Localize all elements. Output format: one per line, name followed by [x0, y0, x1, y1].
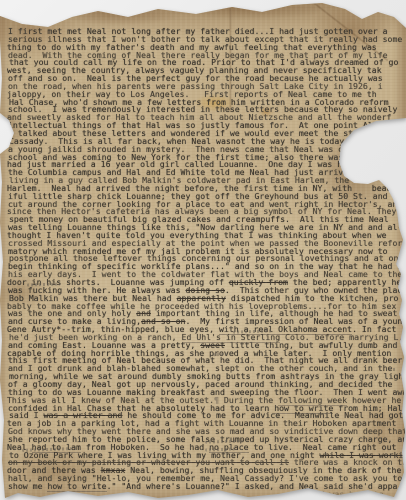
text-segment: important thing in life, although he had… [151, 308, 397, 318]
text-segment: and sweetly asked for Hal to teach him a… [7, 112, 392, 122]
text-line: was the one and only holy and important … [8, 310, 406, 318]
text-segment: and I got drunk and blah-blahed somewhat… [8, 363, 393, 373]
text-line: dead. With the coming of Neal there real… [8, 52, 406, 60]
text-segment: there was a knock on the [289, 457, 406, 467]
struck-out-text: and [136, 308, 151, 318]
text-segment: jaloppy, on their way to Los Angeles. Fi… [7, 89, 377, 99]
text-line: and sweetly asked for Hal to teach him a… [7, 114, 406, 122]
text-segment: serious illness that I won't bother to t… [8, 34, 402, 44]
text-line: This was all I knew of Neal at the outse… [7, 397, 406, 405]
text-segment: however he [347, 395, 401, 405]
pencil-underlined-text: following week [278, 395, 347, 406]
text-line: and I got drunk and blah-blahed somewhat… [8, 365, 406, 373]
text-line: he'd just been working on a ranch, Ed Uh… [9, 334, 406, 342]
text-segment: was the one and only holy [8, 308, 136, 318]
text-segment: Colo. before marrying L. [280, 332, 403, 342]
text-segment: This was all I knew of Neal at the outse… [7, 395, 214, 405]
text-segment: since then Hector's cafeteria has always… [7, 206, 396, 216]
text-line: crossed Missouri and especially at the p… [8, 240, 406, 248]
text-segment: hall, and saying "Hel-lo, you remember m… [8, 473, 402, 483]
text-segment: postpone all those leftover things conce… [9, 253, 406, 263]
text-line: God knows why they went there and she wa… [8, 428, 406, 436]
text-segment: he'd just been working on a ranch, [9, 332, 182, 342]
text-segment: crossed Missouri and especially at the p… [8, 238, 406, 248]
text-segment: his early days. I went to the coldwater … [8, 269, 402, 279]
pencil-mark: ¶ [214, 395, 219, 405]
scan-background: I first met met Neal not long after my f… [0, 0, 406, 500]
text-segment: During the [219, 395, 278, 405]
text-line: his early days. I went to the coldwater … [8, 271, 406, 279]
text-line: and was back to [9, 491, 406, 499]
text-line: serious illness that I won't bother to t… [8, 36, 406, 44]
typewritten-text: I first met met Neal not long after my f… [8, 28, 406, 499]
struck-out-text: on my book or my painting or whatever yo… [8, 457, 289, 467]
text-line: hall, and saying "Hel-lo, you remember m… [8, 475, 406, 483]
text-segment: dead. With the coming of Neal there real… [8, 50, 388, 60]
manuscript-page: I first met met Neal not long after my f… [0, 0, 406, 500]
text-line: jaloppy, on their way to Los Angeles. Fi… [7, 91, 406, 99]
text-line: living in a guy called Bob Malkin's cold… [9, 177, 406, 185]
paper-shadow: I first met met Neal not long after my f… [0, 0, 406, 500]
text-segment: and was back to [9, 489, 384, 499]
text-line: since then Hector's cafeteria has always… [7, 208, 406, 216]
text-line: postpone all those leftover things conce… [9, 255, 406, 263]
pencil-underlined-text: Ed Uhl's in Sterling [182, 332, 281, 343]
text-line: a young jailkid shrouded in mystery. The… [8, 146, 406, 154]
text-segment: God knows why they went there and she wa… [8, 426, 406, 436]
text-segment: a young jailkid shrouded in mystery. The… [8, 144, 348, 154]
text-line: on my book or my painting or whatever yo… [8, 459, 406, 467]
text-segment: living in a guy called Bob Malkin's cold… [9, 175, 349, 185]
